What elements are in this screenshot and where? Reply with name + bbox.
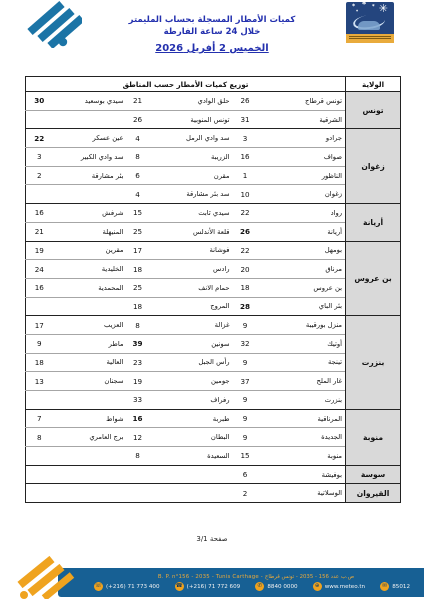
- table-row: الناظور1مقرن6بئر مشارقة2: [26, 166, 401, 185]
- star-icon: *: [356, 9, 358, 14]
- rainfall-value: [26, 391, 53, 410]
- rainfall-value: 18: [127, 297, 149, 316]
- rainfall-value: [127, 484, 149, 503]
- station-name: سد وادي الكبير: [53, 148, 127, 167]
- station-name: مقرن: [149, 166, 233, 185]
- contact-text: 85012: [392, 584, 410, 590]
- contact-item: ⊕www.meteo.tn: [313, 582, 365, 591]
- governorate-cell: منوبة: [346, 409, 401, 465]
- rainfall-value: [26, 465, 53, 484]
- station-name: تونس قرطاج: [258, 92, 346, 111]
- contact-item: ☎(+216) 71 772 609: [175, 582, 241, 591]
- rainfall-value: 33: [127, 391, 149, 410]
- rainfall-value: 9: [233, 391, 258, 410]
- rainfall-value: 16: [233, 148, 258, 167]
- rainfall-value: 26: [233, 92, 258, 111]
- governorate-cell: سوسة: [346, 465, 401, 484]
- call-center-icon: ✆: [255, 582, 264, 591]
- station-name: الجديدة: [258, 428, 346, 447]
- rainfall-value: 7: [26, 409, 53, 428]
- rainfall-bulletin-page: كميات الأمطار المسجلة بحساب المليمتر خلا…: [0, 0, 424, 600]
- station-name: [53, 391, 127, 410]
- station-name: سجنان: [53, 372, 127, 391]
- station-name: الخليدية: [53, 260, 127, 279]
- rainfall-value: [26, 110, 53, 129]
- rainfall-value: 21: [26, 222, 53, 241]
- table-row: القيروانالوسلاتية2: [26, 484, 401, 503]
- table-row: تونستونس قرطاج26حلق الوادي21سيدي بوسعيد3…: [26, 92, 401, 111]
- station-name: منوبة: [258, 447, 346, 466]
- station-name: السعيدة: [149, 447, 233, 466]
- station-name: الناظور: [258, 166, 346, 185]
- station-name: العالية: [53, 353, 127, 372]
- table-row: مرناق20رادس18الخليدية24: [26, 260, 401, 279]
- rainfall-value: 22: [233, 204, 258, 223]
- station-name: مرناق: [258, 260, 346, 279]
- governorate-cell: أريانة: [346, 204, 401, 241]
- contact-item: ✆8840 0000: [255, 582, 297, 591]
- station-name: تونس المنوبية: [149, 110, 233, 129]
- rainfall-value: 26: [233, 222, 258, 241]
- rainfall-value: [26, 447, 53, 466]
- governorate-cell: تونس: [346, 92, 401, 129]
- rainfall-value: 26: [127, 110, 149, 129]
- rainfall-value: 6: [127, 166, 149, 185]
- station-name: بنزرت: [258, 391, 346, 410]
- fax-icon: ☏: [94, 582, 103, 591]
- footer-address: B. P. n°156 - 2035 - Tunis Carthage - ص.…: [58, 574, 424, 580]
- station-name: [53, 484, 127, 503]
- station-name: طبربة: [149, 409, 233, 428]
- station-name: [53, 185, 127, 204]
- rainfall-value: 4: [127, 185, 149, 204]
- rainfall-value: 9: [233, 428, 258, 447]
- station-name: تينجة: [258, 353, 346, 372]
- station-name: الزريبة: [149, 148, 233, 167]
- star-icon: *: [362, 2, 366, 9]
- station-name: رادس: [149, 260, 233, 279]
- station-name: فوشانة: [149, 241, 233, 260]
- rainfall-value: 16: [127, 409, 149, 428]
- rainfall-value: 17: [26, 316, 53, 335]
- station-name: [53, 447, 127, 466]
- rainfall-value: 31: [233, 110, 258, 129]
- station-name: [149, 484, 233, 503]
- station-name: سد وادي الرمل: [149, 129, 233, 148]
- table-row: بنزرتمنزل بورقيبة9غزالة8العزيب17: [26, 316, 401, 335]
- table-row: منوبةالمرناقية9طبربة16شواط7: [26, 409, 401, 428]
- station-name: رفراف: [149, 391, 233, 410]
- rainfall-value: [26, 297, 53, 316]
- rainfall-value: 23: [127, 353, 149, 372]
- table-row: زغوان10سد بئر مشارقة4: [26, 185, 401, 204]
- station-name: حلق الوادي: [149, 92, 233, 111]
- governorate-cell: بنزرت: [346, 316, 401, 409]
- rainfall-value: 18: [26, 353, 53, 372]
- rainfall-value: 9: [233, 409, 258, 428]
- rainfall-value: 8: [127, 447, 149, 466]
- governorate-cell: بن عروس: [346, 241, 401, 316]
- station-name: جرادو: [258, 129, 346, 148]
- snowflake-icon: ✳: [379, 2, 388, 15]
- rainfall-value: 28: [233, 297, 258, 316]
- station-name: صواف: [258, 148, 346, 167]
- station-name: ماطر: [53, 334, 127, 353]
- rainfall-value: 1: [233, 166, 258, 185]
- table-row: بن عروس18حمام الانف25المحمدية16: [26, 278, 401, 297]
- rainfall-value: 22: [26, 129, 53, 148]
- station-name: بوفيشة: [258, 465, 346, 484]
- station-name: سيدي ثابت: [149, 204, 233, 223]
- station-name: المروج: [149, 297, 233, 316]
- rainfall-value: 9: [233, 316, 258, 335]
- rainfall-value: 30: [26, 92, 53, 111]
- footer-bar: B. P. n°156 - 2035 - Tunis Carthage - ص.…: [58, 568, 424, 597]
- page-number: صفحة 3/1: [0, 535, 424, 543]
- station-name: سد بئر مشارقة: [149, 185, 233, 204]
- table-row: صواف16الزريبة8سد وادي الكبير3: [26, 148, 401, 167]
- rainfall-value: 15: [233, 447, 258, 466]
- rainfall-value: 37: [233, 372, 258, 391]
- table-row: أريانة26قلعة الأندلس25المنيهلة21: [26, 222, 401, 241]
- rainfall-value: 16: [26, 204, 53, 223]
- rainfall-value: 21: [127, 92, 149, 111]
- station-name: برج العامري: [53, 428, 127, 447]
- rainfall-value: 18: [127, 260, 149, 279]
- rainfall-value: 25: [127, 222, 149, 241]
- station-name: [149, 465, 233, 484]
- station-name: بئر مشارقة: [53, 166, 127, 185]
- rainfall-value: [26, 484, 53, 503]
- table-row: تينجة9رأس الجبل23العالية18: [26, 353, 401, 372]
- contact-text: 8840 0000: [267, 584, 297, 590]
- station-name: جومين: [149, 372, 233, 391]
- station-name: بئر الباي: [258, 297, 346, 316]
- rainfall-value: 24: [26, 260, 53, 279]
- star-icon: *: [352, 3, 355, 10]
- rainfall-value: [26, 185, 53, 204]
- station-name: بن عروس: [258, 278, 346, 297]
- rainfall-value: 18: [233, 278, 258, 297]
- rainfall-value: 2: [26, 166, 53, 185]
- rainfall-value: 12: [127, 428, 149, 447]
- station-name: الشرقية: [258, 110, 346, 129]
- station-name: [53, 110, 127, 129]
- rainfall-value: 16: [26, 278, 53, 297]
- station-name: حمام الانف: [149, 278, 233, 297]
- contact-item: ☏(+216) 71 773 400: [94, 582, 160, 591]
- station-name: شرفش: [53, 204, 127, 223]
- station-name: عين عسكر: [53, 129, 127, 148]
- rainfall-value: 32: [233, 334, 258, 353]
- rainfall-value: 9: [233, 353, 258, 372]
- rainfall-value: 4: [127, 129, 149, 148]
- distribution-header: توزيع كميات الأمطار حسب المناطق: [26, 77, 346, 92]
- station-name: منزل بورقيبة: [258, 316, 346, 335]
- station-name: غزالة: [149, 316, 233, 335]
- emblem-sky: * * * ✳ *: [346, 2, 394, 34]
- station-name: رواد: [258, 204, 346, 223]
- table-body: تونستونس قرطاج26حلق الوادي21سيدي بوسعيد3…: [26, 92, 401, 503]
- station-name: سونين: [149, 334, 233, 353]
- table-row: بن عروسبومهل22فوشانة17مقرين19: [26, 241, 401, 260]
- rainfall-value: 19: [127, 372, 149, 391]
- station-name: زغوان: [258, 185, 346, 204]
- rainfall-value: 22: [233, 241, 258, 260]
- phone-icon: ☎: [175, 582, 184, 591]
- inm-emblem-logo: * * * ✳ *: [346, 2, 394, 43]
- rainfall-value: [127, 465, 149, 484]
- rainfall-value: 25: [127, 278, 149, 297]
- station-name: العزيب: [53, 316, 127, 335]
- table-row: أوتيك32سونين39ماطر9: [26, 334, 401, 353]
- footer-contacts: ☏(+216) 71 773 400☎(+216) 71 772 609✆884…: [58, 582, 424, 591]
- contact-text: (+216) 71 773 400: [106, 584, 160, 590]
- station-name: شواط: [53, 409, 127, 428]
- station-name: [53, 297, 127, 316]
- governorate-cell: زغوان: [346, 129, 401, 204]
- table-row: الجديدة9البطان12برج العامري8: [26, 428, 401, 447]
- cloud-icon: [358, 21, 380, 30]
- rainfall-table: الولاية توزيع كميات الأمطار حسب المناطق …: [25, 76, 401, 503]
- rainfall-value: 8: [26, 428, 53, 447]
- table-row: سوسةبوفيشة6: [26, 465, 401, 484]
- station-name: مقرين: [53, 241, 127, 260]
- table-row: غار الملح37جومين19سجنان13: [26, 372, 401, 391]
- contact-text: (+216) 71 772 609: [187, 584, 241, 590]
- star-icon: *: [372, 4, 375, 10]
- rainfall-value: 3: [233, 129, 258, 148]
- rainfall-value: 6: [233, 465, 258, 484]
- station-name: أوتيك: [258, 334, 346, 353]
- rainfall-value: 20: [233, 260, 258, 279]
- table-row: منوبة15السعيدة8: [26, 447, 401, 466]
- rainfall-value: 9: [26, 334, 53, 353]
- table-row: زغوانجرادو3سد وادي الرمل4عين عسكر22: [26, 129, 401, 148]
- table-row: بئر الباي28المروج18: [26, 297, 401, 316]
- emblem-band: [346, 34, 394, 43]
- station-name: البطان: [149, 428, 233, 447]
- governorate-cell: القيروان: [346, 484, 401, 503]
- table-row: الشرقية31تونس المنوبية26: [26, 110, 401, 129]
- contact-text: www.meteo.tn: [325, 584, 365, 590]
- rainfall-value: 13: [26, 372, 53, 391]
- station-name: المحمدية: [53, 278, 127, 297]
- rainfall-value: 2: [233, 484, 258, 503]
- sms-icon: ✉: [380, 582, 389, 591]
- rainfall-value: 8: [127, 316, 149, 335]
- rainfall-value: 8: [127, 148, 149, 167]
- station-name: رأس الجبل: [149, 353, 233, 372]
- rainfall-value: 39: [127, 334, 149, 353]
- station-name: أريانة: [258, 222, 346, 241]
- rainfall-value: 10: [233, 185, 258, 204]
- station-name: سيدي بوسعيد: [53, 92, 127, 111]
- website-icon: ⊕: [313, 582, 322, 591]
- footer-stripes-logo: [14, 555, 94, 599]
- bulletin-date: الخميس 2 أفريل 2026: [0, 43, 424, 54]
- station-name: المنيهلة: [53, 222, 127, 241]
- rainfall-value: 3: [26, 148, 53, 167]
- contact-item: ✉85012: [380, 582, 410, 591]
- table-header-row: الولاية توزيع كميات الأمطار حسب المناطق: [26, 77, 401, 92]
- station-name: غار الملح: [258, 372, 346, 391]
- rainfall-value: 17: [127, 241, 149, 260]
- station-name: [53, 465, 127, 484]
- station-name: بومهل: [258, 241, 346, 260]
- station-name: الوسلاتية: [258, 484, 346, 503]
- rainfall-value: 15: [127, 204, 149, 223]
- table-row: بنزرت9رفراف33: [26, 391, 401, 410]
- station-name: قلعة الأندلس: [149, 222, 233, 241]
- rainfall-value: 19: [26, 241, 53, 260]
- station-name: المرناقية: [258, 409, 346, 428]
- governorate-header: الولاية: [346, 77, 401, 92]
- table-row: أريانةرواد22سيدي ثابت15شرفش16: [26, 204, 401, 223]
